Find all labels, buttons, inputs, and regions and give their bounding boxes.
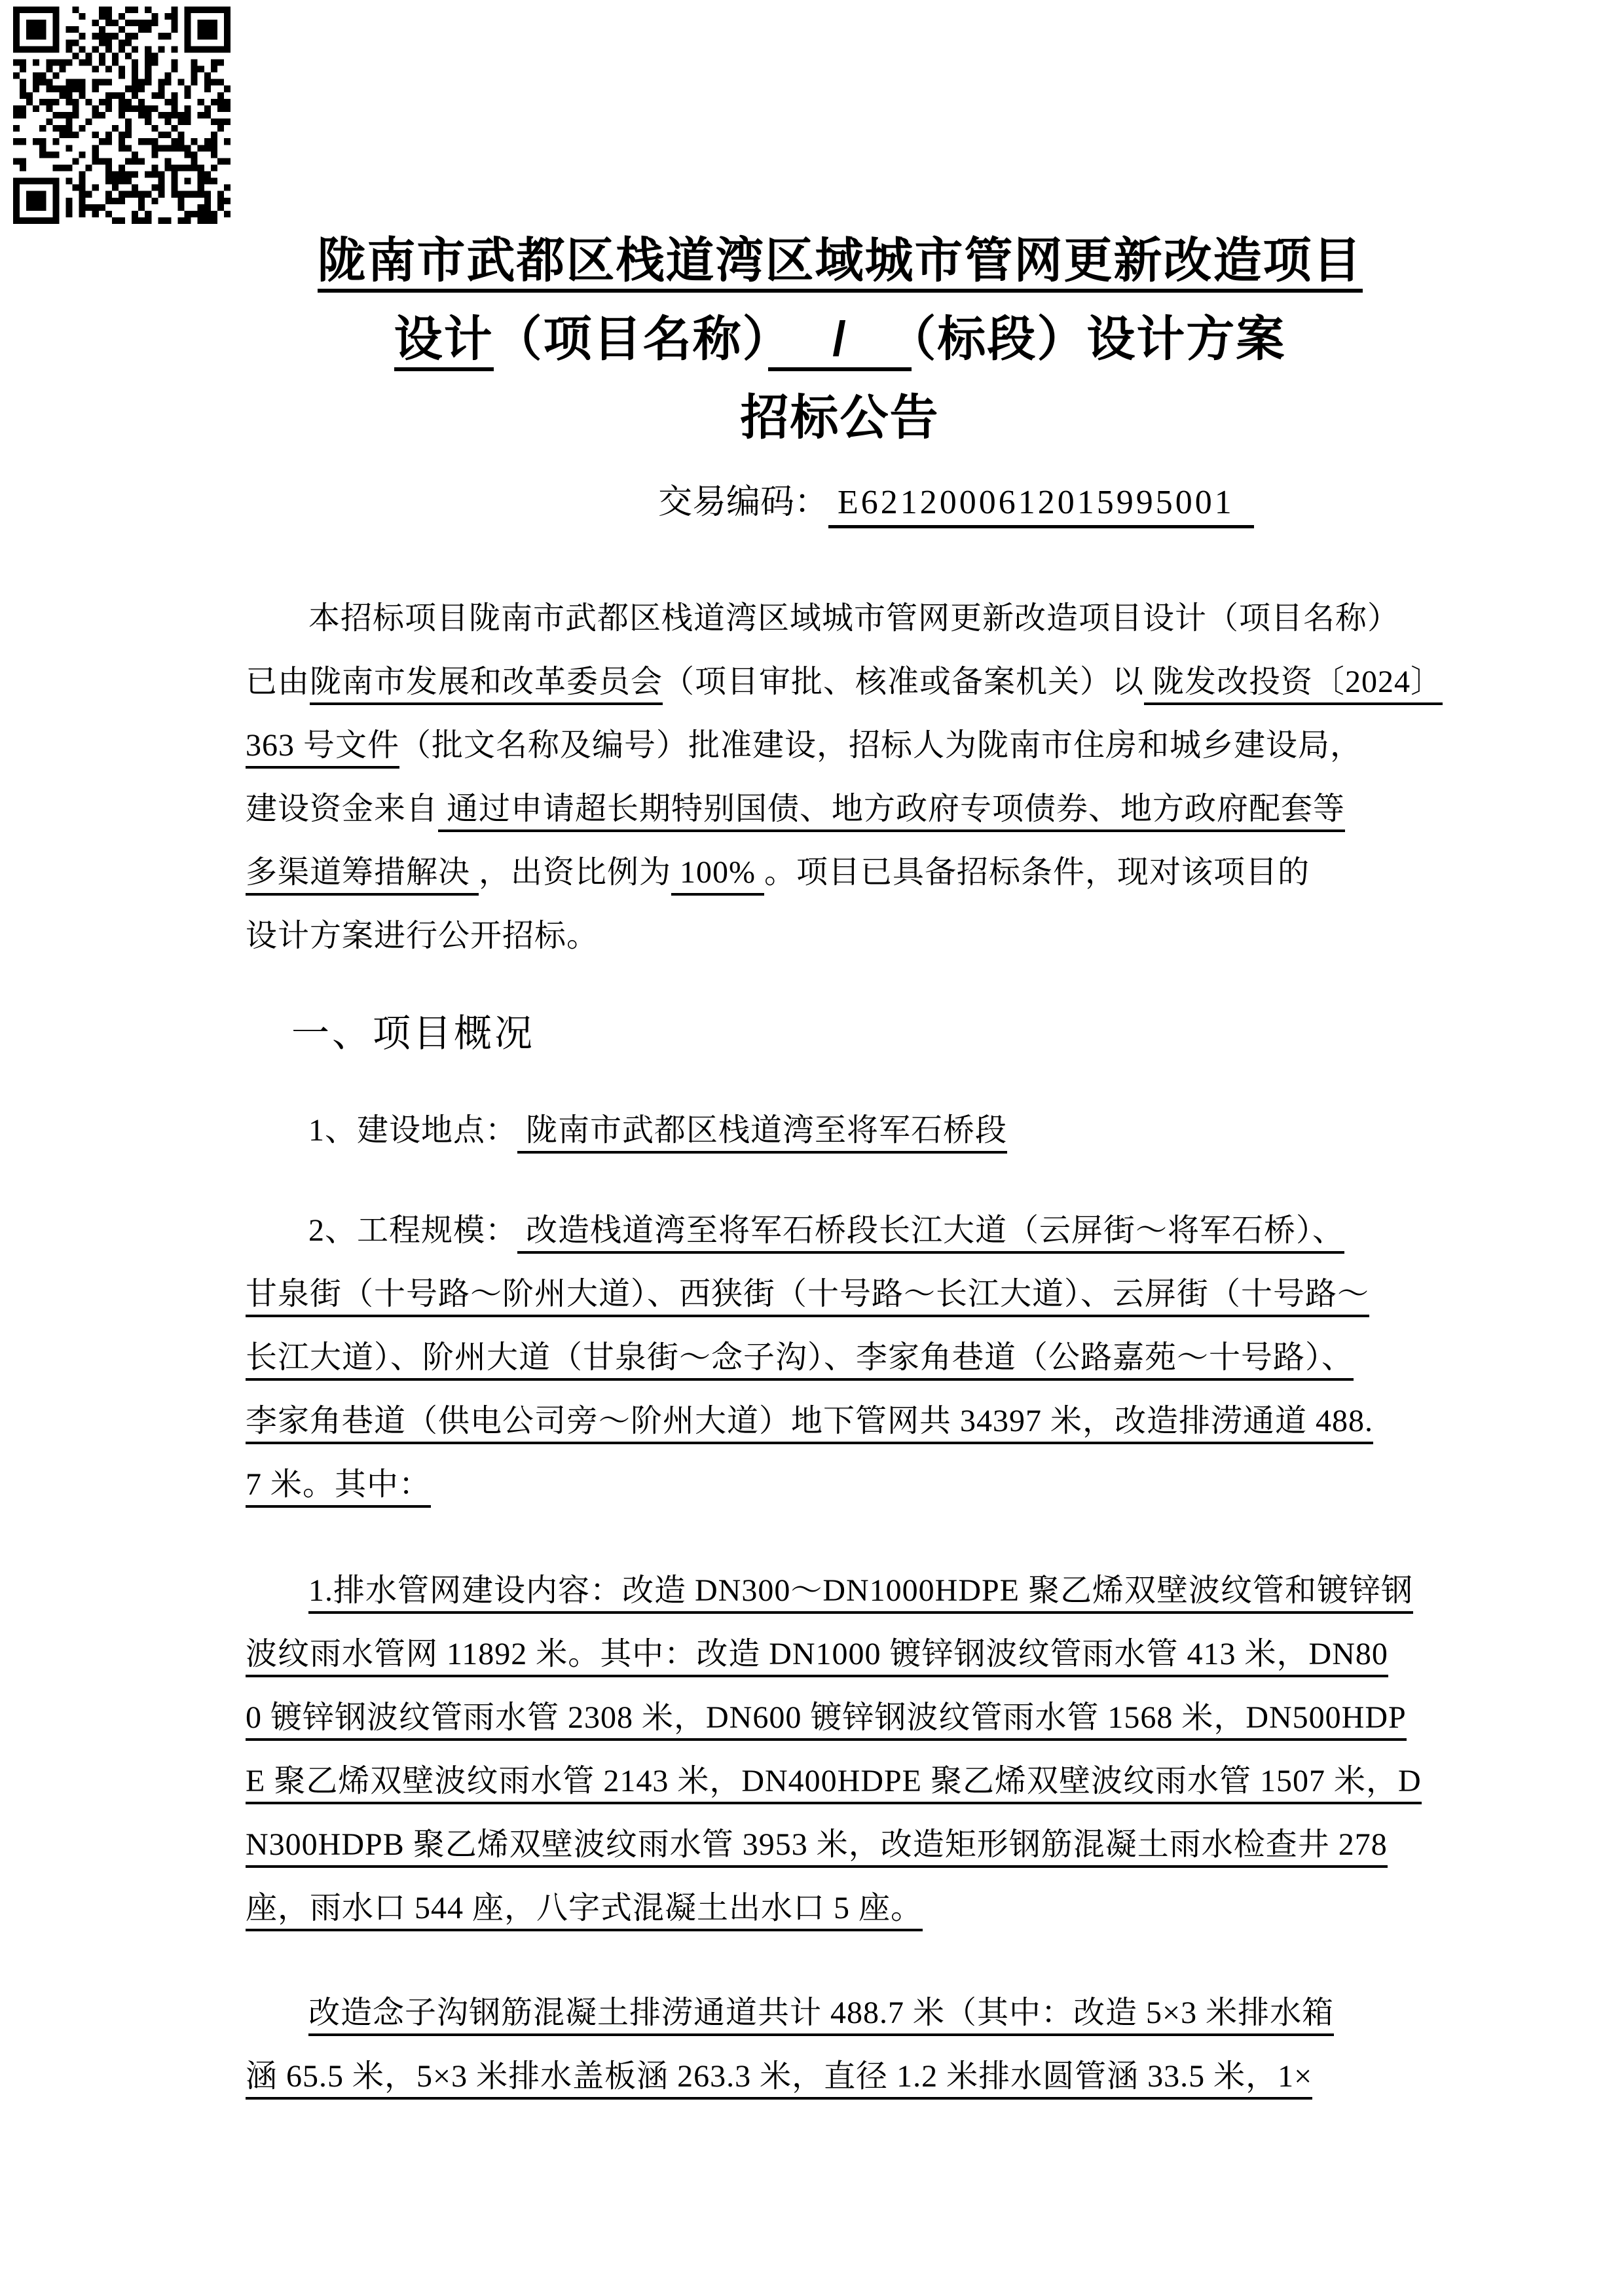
qr-code [13,7,231,224]
transaction-code-label: 交易编码： [658,484,828,521]
underlined-text: 陇南市发展和改革委员会 [310,665,663,705]
text-segment: 本招标项目陇南市武都区栈道湾区域城市管网更新改造项目设计（项目名称） [308,601,1399,636]
text-line: 甘泉街（十号路～阶州大道）、西狭街（十号路～长江大道）、云屏街（十号路～ [246,1262,1395,1326]
underlined-text: 甘泉街（十号路～阶州大道）、西狭街（十号路～长江大道）、云屏街（十号路～ [246,1277,1369,1317]
underlined-text: 涵 65.5 米，5×3 米排水盖板涵 263.3 米，直径 1.2 米排水圆管… [246,2059,1312,2100]
underlined-text: 多渠道筹措解决 [246,855,479,896]
underlined-text: E 聚乙烯双壁波纹雨水管 2143 米，DN400HDPE 聚乙烯双壁波纹雨水管… [246,1764,1422,1804]
underlined-text: 陇发改投资〔2024〕 [1144,665,1443,705]
text-line: E 聚乙烯双壁波纹雨水管 2143 米，DN400HDPE 聚乙烯双壁波纹雨水管… [246,1749,1395,1813]
text-line: 设计（项目名称） / （标段）设计方案 [285,300,1395,378]
underlined-text: 座，雨水口 544 座，八字式混凝土出水口 5 座。 [246,1891,923,1931]
text-line: 已由陇南市发展和改革委员会（项目审批、核准或备案机关）以 陇发改投资〔2024〕 [246,650,1395,714]
text-line: 1、建设地点： 陇南市武都区栈道湾至将军石桥段 [246,1099,1395,1162]
text-line: 长江大道）、阶州大道（甘泉街～念子沟）、李家角巷道（公路嘉苑～十号路）、 [246,1326,1395,1389]
underlined-text: N300HDPB 聚乙烯双壁波纹雨水管 3953 米，改造矩形钢筋混凝土雨水检查… [246,1827,1388,1868]
underlined-text: 波纹雨水管网 11892 米。其中：改造 DN1000 镀锌钢波纹管雨水管 41… [246,1637,1388,1677]
text-line: 本招标项目陇南市武都区栈道湾区域城市管网更新改造项目设计（项目名称） [246,587,1395,650]
text-segment: （项目名称） [494,312,768,366]
underlined-text: 363 号文件 [246,728,399,769]
text-line: 7 米。其中： [246,1453,1395,1516]
paragraph-scale: 2、工程规模： 改造栈道湾至将军石桥段长江大道（云屏街～将军石桥）、甘泉街（十号… [246,1199,1395,1516]
transaction-code-value: E6212000612015995001 [828,484,1254,528]
text-segment: 已由 [246,665,310,699]
paragraph-drainage: 1.排水管网建设内容：改造 DN300～DN1000HDPE 聚乙烯双壁波纹管和… [246,1559,1395,1940]
underlined-text: 长江大道）、阶州大道（甘泉街～念子沟）、李家角巷道（公路嘉苑～十号路）、 [246,1340,1354,1381]
text-line: 改造念子沟钢筋混凝土排涝通道共计 488.7 米（其中：改造 5×3 米排水箱 [246,1981,1395,2045]
text-line: 2、工程规模： 改造栈道湾至将军石桥段长江大道（云屏街～将军石桥）、 [246,1199,1395,1262]
text-segment: （批文名称及编号）批准建设，招标人为陇南市住房和城乡建设局， [399,728,1362,763]
text-line: 波纹雨水管网 11892 米。其中：改造 DN1000 镀锌钢波纹管雨水管 41… [246,1622,1395,1686]
text-line: 座，雨水口 544 座，八字式混凝土出水口 5 座。 [246,1876,1395,1940]
underlined-text: 李家角巷道（供电公司旁～阶州大道）地下管网共 34397 米，改造排涝通道 48… [246,1404,1373,1444]
underlined-text: / [768,312,912,371]
text-line: 李家角巷道（供电公司旁～阶州大道）地下管网共 34397 米，改造排涝通道 48… [246,1389,1395,1453]
underlined-text: 改造念子沟钢筋混凝土排涝通道共计 488.7 米（其中：改造 5×3 米排水箱 [308,1995,1334,2036]
document-title: 陇南市武都区栈道湾区域城市管网更新改造项目设计（项目名称） / （标段）设计方案… [246,221,1395,457]
text-line: 设计方案进行公开招标。 [246,904,1395,968]
text-segment: 2、工程规模： [308,1213,517,1248]
text-segment: 招标公告 [741,390,940,445]
underlined-text: 通过申请超长期特别国债、地方政府专项债券、地方政府配套等 [438,792,1345,832]
document-page: 陇南市武都区栈道湾区域城市管网更新改造项目设计（项目名称） / （标段）设计方案… [0,0,1624,2296]
text-line: 招标公告 [285,378,1395,457]
text-segment: 1、建设地点： [308,1113,517,1148]
transaction-code-line: 交易编码：E6212000612015995001 [246,477,1395,529]
section-heading-text: 一、项目概况 [291,1012,535,1055]
text-segment: ，出资比例为 [479,855,671,890]
text-segment: （项目审批、核准或备案机关）以 [663,665,1144,699]
text-line: N300HDPB 聚乙烯双壁波纹雨水管 3953 米，改造矩形钢筋混凝土雨水检查… [246,1813,1395,1876]
paragraph-location: 1、建设地点： 陇南市武都区栈道湾至将军石桥段 [246,1099,1395,1162]
underlined-text: 7 米。其中： [246,1467,431,1508]
text-segment: 。项目已具备招标条件，现对该项目的 [764,855,1310,890]
underlined-text: 100% [671,855,764,896]
underlined-text: 1.排水管网建设内容：改造 DN300～DN1000HDPE 聚乙烯双壁波纹管和… [308,1573,1413,1614]
text-line: 1.排水管网建设内容：改造 DN300～DN1000HDPE 聚乙烯双壁波纹管和… [246,1559,1395,1622]
paragraph-intro: 本招标项目陇南市武都区栈道湾区域城市管网更新改造项目设计（项目名称）已由陇南市发… [246,587,1395,968]
text-line: 多渠道筹措解决 ，出资比例为 100% 。项目已具备招标条件，现对该项目的 [246,841,1395,904]
text-segment: 设计方案进行公开招标。 [246,919,599,953]
underlined-text: 陇南市武都区栈道湾至将军石桥段 [517,1113,1007,1154]
paragraph-canal: 改造念子沟钢筋混凝土排涝通道共计 488.7 米（其中：改造 5×3 米排水箱涵… [246,1981,1395,2108]
underlined-text: 设计 [394,312,494,371]
text-segment: 建设资金来自 [246,792,438,826]
underlined-text: 0 镀锌钢波纹管雨水管 2308 米，DN600 镀锌钢波纹管雨水管 1568 … [246,1700,1407,1741]
text-line: 363 号文件（批文名称及编号）批准建设，招标人为陇南市住房和城乡建设局， [246,714,1395,777]
text-line: 陇南市武都区栈道湾区域城市管网更新改造项目 [285,221,1395,300]
text-line: 0 镀锌钢波纹管雨水管 2308 米，DN600 镀锌钢波纹管雨水管 1568 … [246,1686,1395,1749]
underlined-text: 陇南市武都区栈道湾区域城市管网更新改造项目 [318,233,1363,293]
section-heading-overview: 一、项目概况 [246,1004,1395,1064]
text-segment: （标段）设计方案 [912,312,1285,366]
text-line: 建设资金来自 通过申请超长期特别国债、地方政府专项债券、地方政府配套等 [246,777,1395,841]
text-line: 涵 65.5 米，5×3 米排水盖板涵 263.3 米，直径 1.2 米排水圆管… [246,2045,1395,2108]
underlined-text: 改造栈道湾至将军石桥段长江大道（云屏街～将军石桥）、 [517,1213,1344,1254]
document-content: 陇南市武都区栈道湾区域城市管网更新改造项目设计（项目名称） / （标段）设计方案… [246,0,1395,2108]
